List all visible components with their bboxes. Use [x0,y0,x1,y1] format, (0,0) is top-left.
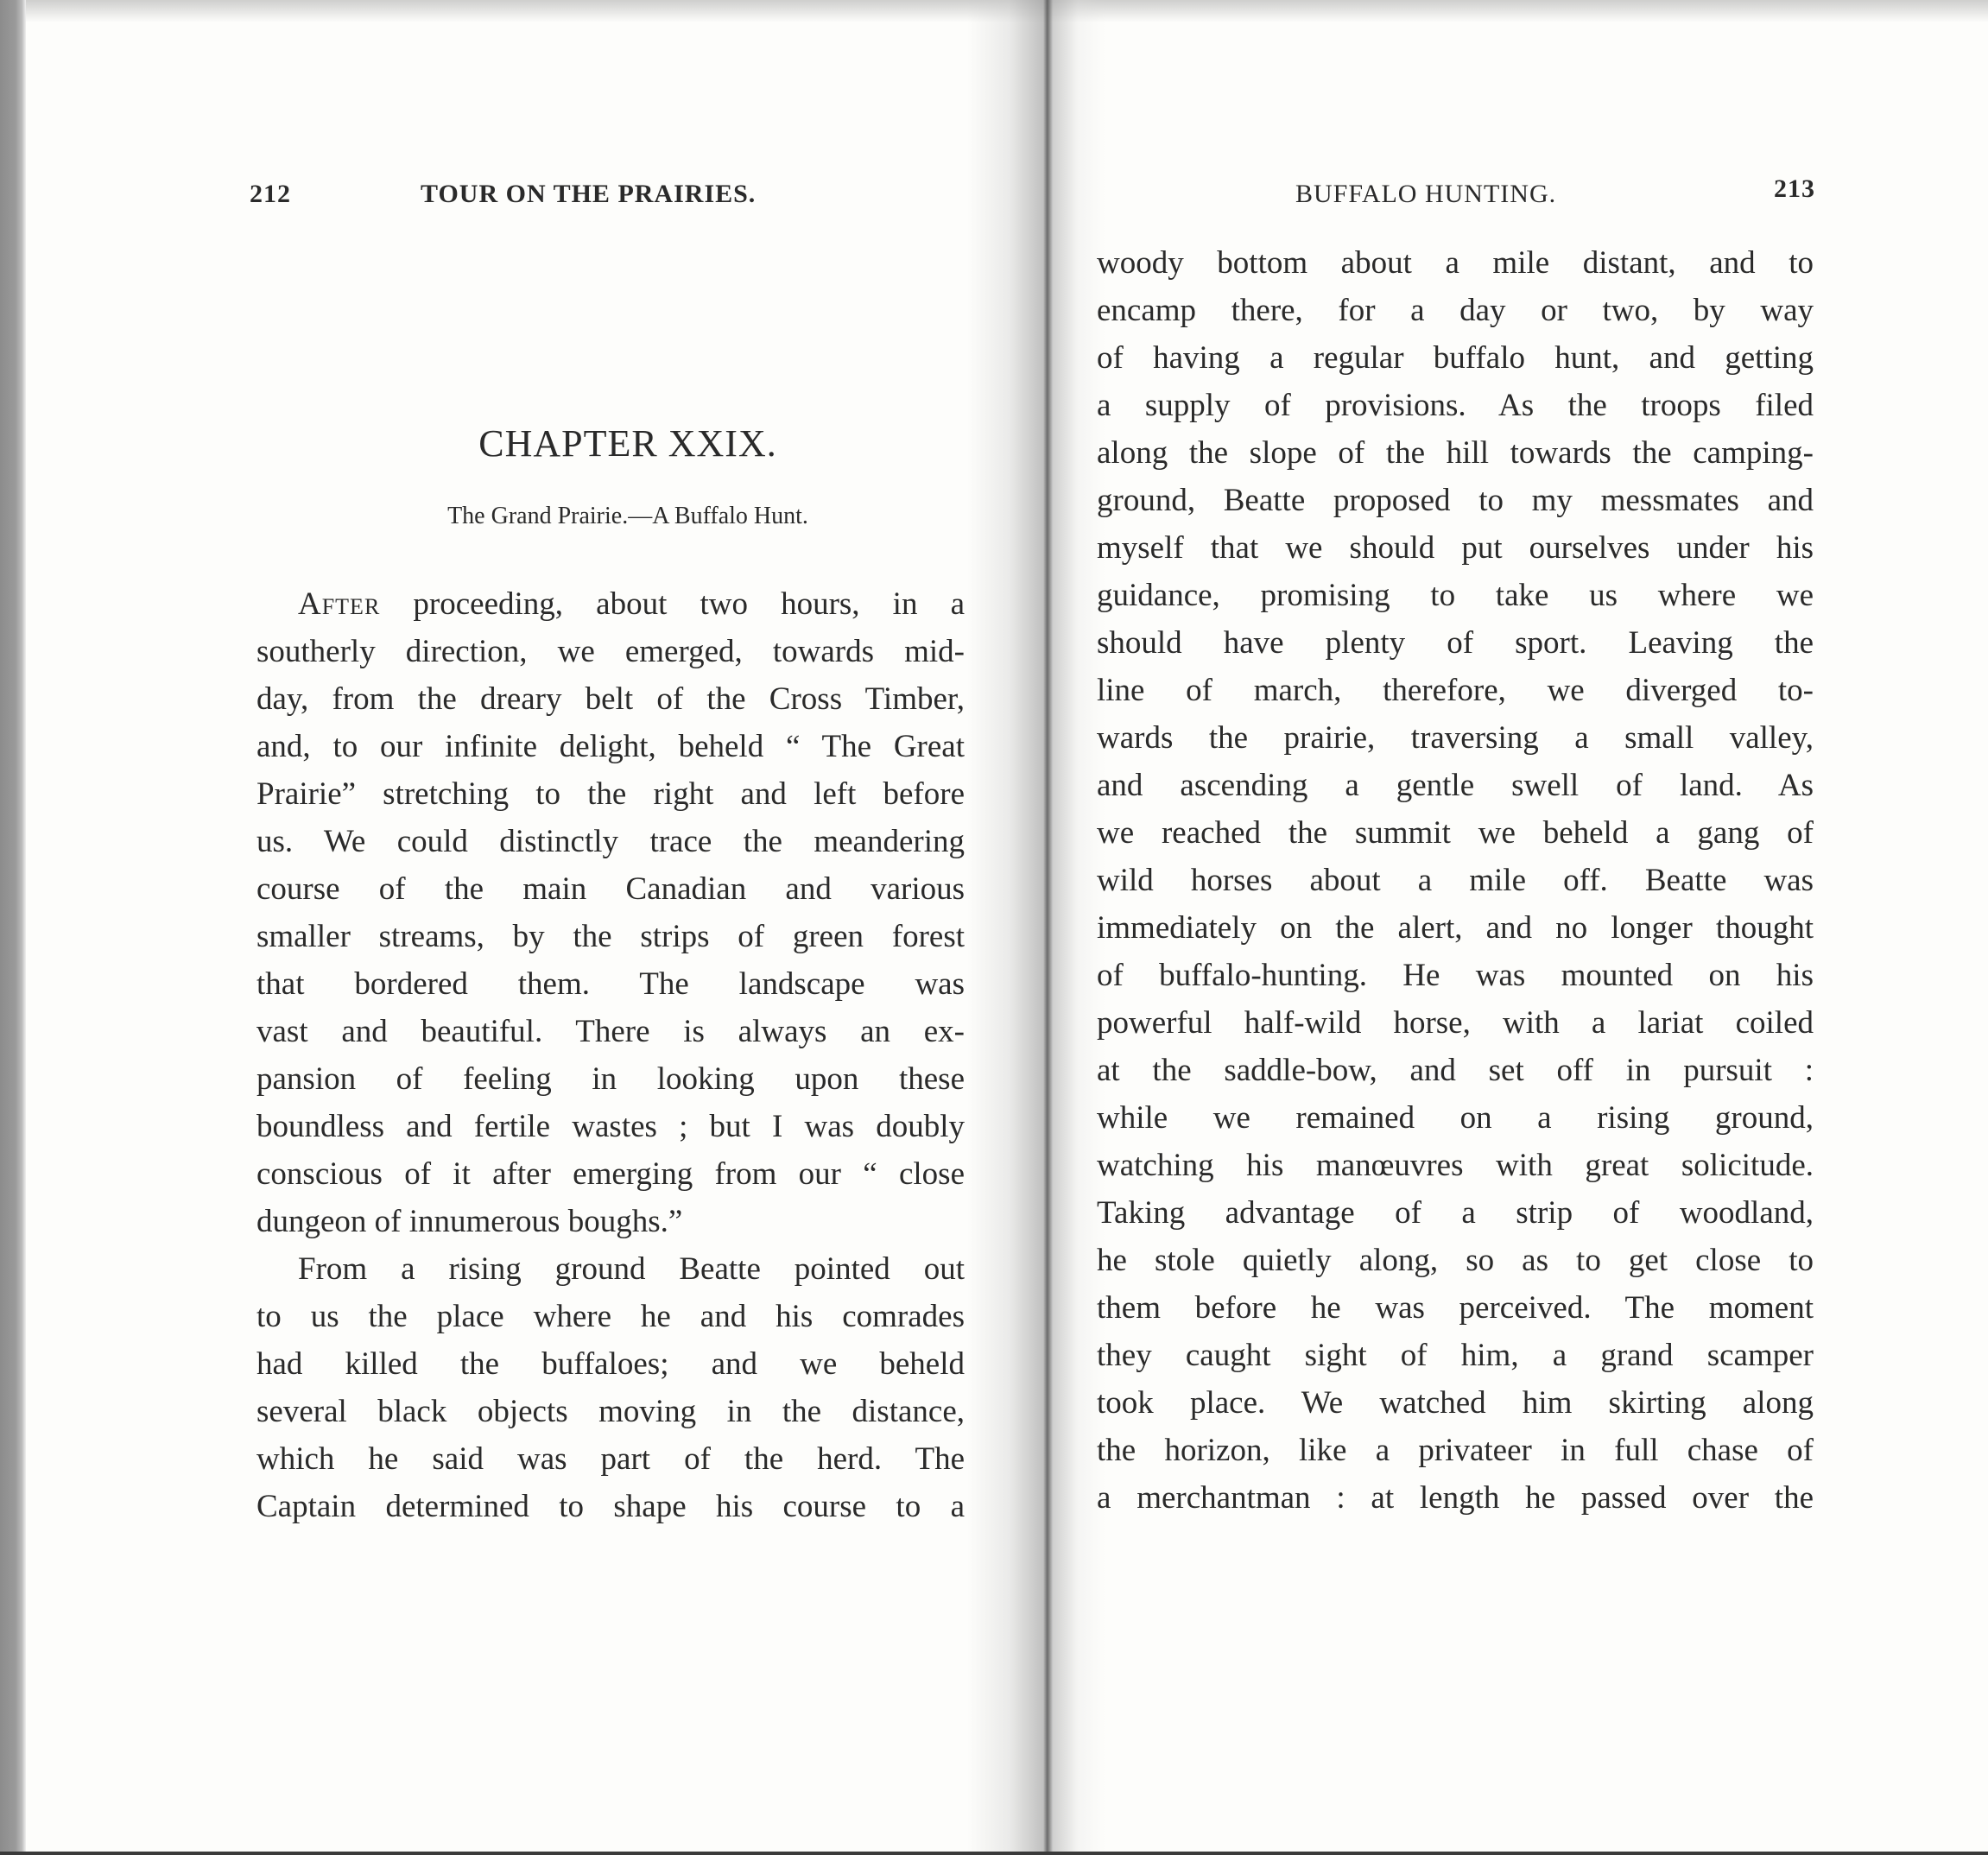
running-head: 212 TOUR ON THE PRAIRIES. [256,180,965,214]
text-line: them before he was perceived. The moment [1097,1284,1814,1332]
text-line: From a rising ground Beatte pointed out [256,1245,965,1293]
text-line: we reached the summit we beheld a gang o… [1097,809,1814,857]
text-line: wild horses about a mile off. Beatte was [1097,857,1814,904]
drop-word: After [298,586,380,622]
text-line: immediately on the alert, and no longer … [1097,904,1814,952]
text-line: dungeon of innumerous boughs.” [256,1198,965,1245]
text-line: boundless and fertile wastes ; but I was… [256,1103,965,1150]
text-line: wards the prairie, traversing a small va… [1097,714,1814,762]
text-line: along the slope of the hill towards the … [1097,429,1814,477]
chapter-title: CHAPTER XXIX. [256,421,965,465]
text-line: which he said was part of the herd. The [256,1435,965,1483]
text-line: they caught sight of him, a grand scampe… [1097,1332,1814,1379]
running-title: BUFFALO HUNTING. [1295,180,1556,209]
page-number: 212 [250,180,291,209]
text-line: powerful half-wild horse, with a lariat … [1097,999,1814,1047]
left-page: 212 TOUR ON THE PRAIRIES. CHAPTER XXIX. … [256,0,965,1855]
text-line: should have plenty of sport. Leaving the [1097,619,1814,667]
text-line: at the saddle-bow, and set off in pursui… [1097,1047,1814,1094]
text-line: he stole quietly along, so as to get clo… [1097,1237,1814,1284]
text-line: line of march, therefore, we diverged to… [1097,667,1814,714]
text-line: the horizon, like a privateer in full ch… [1097,1427,1814,1474]
text-line: and, to our infinite delight, beheld “ T… [256,723,965,770]
text-line: that bordered them. The landscape was [256,960,965,1008]
running-title: TOUR ON THE PRAIRIES. [421,180,756,209]
text-line: Taking advantage of a strip of woodland, [1097,1189,1814,1237]
text-line: while we remained on a rising ground, [1097,1094,1814,1142]
text-line: had killed the buffaloes; and we beheld [256,1340,965,1388]
text-line: to us the place where he and his comrade… [256,1293,965,1340]
text-line: a supply of provisions. As the troops fi… [1097,382,1814,429]
text-line: a merchantman : at length he passed over… [1097,1474,1814,1522]
text-line: and ascending a gentle swell of land. As [1097,762,1814,809]
text-line: southerly direction, we emerged, towards… [256,628,965,675]
text-line: day, from the dreary belt of the Cross T… [256,675,965,723]
text-line: myself that we should put ourselves unde… [1097,524,1814,572]
text-line: course of the main Canadian and various [256,865,965,913]
book-edge-strip [0,0,26,1855]
text-line: pansion of feeling in looking upon these [256,1055,965,1103]
text-line: watching his manœuvres with great solici… [1097,1142,1814,1189]
text-line: Captain determined to shape his course t… [256,1483,965,1530]
text-line: of having a regular buffalo hunt, and ge… [1097,334,1814,382]
text-line: smaller streams, by the strips of green … [256,913,965,960]
running-head: BUFFALO HUNTING. 213 [1097,180,1814,214]
text-line: several black objects moving in the dist… [256,1388,965,1435]
text-line: of buffalo-hunting. He was mounted on hi… [1097,952,1814,999]
text-line: us. We could distinctly trace the meande… [256,818,965,865]
text-line: Prairie” stretching to the right and lef… [256,770,965,818]
text-line: encamp there, for a day or two, by way [1097,287,1814,334]
text-line: conscious of it after emerging from our … [256,1150,965,1198]
body-text: After proceeding, about two hours, in a … [256,580,965,1530]
text-line: After proceeding, about two hours, in a [256,580,965,628]
text-line: ground, Beatte proposed to my messmates … [1097,477,1814,524]
text-line: guidance, promising to take us where we [1097,572,1814,619]
page-number: 213 [1774,174,1815,204]
text-line: woody bottom about a mile distant, and t… [1097,239,1814,287]
text-line: took place. We watched him skirting alon… [1097,1379,1814,1427]
chapter-subtitle: The Grand Prairie.—A Buffalo Hunt. [256,503,965,530]
book-gutter [967,0,1105,1855]
body-text: woody bottom about a mile distant, and t… [1097,239,1814,1522]
text-line: vast and beautiful. There is always an e… [256,1008,965,1055]
right-page: BUFFALO HUNTING. 213 woody bottom about … [1097,0,1814,1855]
